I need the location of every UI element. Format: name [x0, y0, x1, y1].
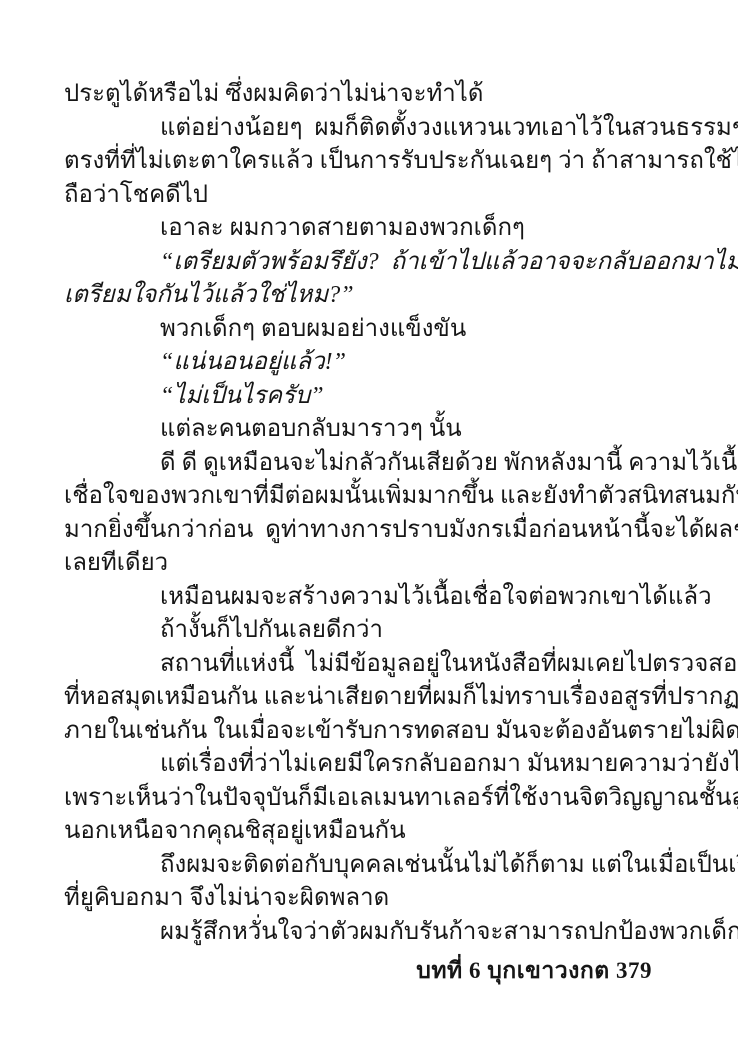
text-line: แต่เรื่องที่ว่าไม่เคยมีใครกลับออกมา มันห… — [64, 748, 660, 782]
body-text: ประตูได้หรือไม่ ซึ่งผมคิดว่าไม่น่าจะทำได… — [64, 78, 660, 949]
text-line: ภายในเช่นกัน ในเมื่อจะเข้ารับการทดสอบ มั… — [64, 715, 660, 749]
text-line: เหมือนผมจะสร้างความไว้เนื้อเชื่อใจต่อพวก… — [64, 581, 660, 615]
text-line: แต่อย่างน้อยๆ ผมก็ติดตั้งวงแหวนเวทเอาไว้… — [64, 112, 660, 146]
text-line: เชื่อใจของพวกเขาที่มีต่อผมนั้นเพิ่มมากขึ… — [64, 480, 660, 514]
text-line: ผมรู้สึกหวั่นใจว่าตัวผมกับรันก้าจะสามารถ… — [64, 916, 660, 950]
chapter-page-label: บทที่ 6 บุกเขาวงกต 379 — [416, 958, 652, 983]
text-line: “ไม่เป็นไรครับ” — [64, 380, 660, 414]
text-line: เตรียมใจกันไว้แล้วใช่ไหม?” — [64, 279, 660, 313]
text-line: “เตรียมตัวพร้อมรึยัง? ถ้าเข้าไปแล้วอาจจะ… — [64, 246, 660, 280]
text-line: มากยิ่งขึ้นกว่าก่อน ดูท่าทางการปราบมังกร… — [64, 514, 660, 548]
text-line: ที่ยูคิบอกมา จึงไม่น่าจะผิดพลาด — [64, 882, 660, 916]
text-line: ประตูได้หรือไม่ ซึ่งผมคิดว่าไม่น่าจะทำได… — [64, 78, 660, 112]
text-line: พวกเด็กๆ ตอบผมอย่างแข็งขัน — [64, 313, 660, 347]
text-line: ถ้างั้นก็ไปกันเลยดีกว่า — [64, 614, 660, 648]
text-line: ตรงที่ที่ไม่เตะตาใครแล้ว เป็นการรับประกั… — [64, 145, 660, 179]
text-line: สถานที่แห่งนี้ ไม่มีข้อมูลอยู่ในหนังสือท… — [64, 648, 660, 682]
text-line: “แน่นอนอยู่แล้ว!” — [64, 346, 660, 380]
text-line: เลยทีเดียว — [64, 547, 660, 581]
text-line: ถือว่าโชคดีไป — [64, 179, 660, 213]
text-line: ดี ดี ดูเหมือนจะไม่กลัวกันเสียด้วย พักหล… — [64, 447, 660, 481]
text-line: เอาละ ผมกวาดสายตามองพวกเด็กๆ — [64, 212, 660, 246]
page-footer: บทที่ 6 บุกเขาวงกต 379 — [64, 953, 652, 989]
book-page: ประตูได้หรือไม่ ซึ่งผมคิดว่าไม่น่าจะทำได… — [0, 0, 738, 1051]
text-line: เพราะเห็นว่าในปัจจุบันก็มีเอเลเมนทาเลอร์… — [64, 782, 660, 816]
text-line: ถึงผมจะติดต่อกับบุคคลเช่นนั้นไม่ได้ก็ตาม… — [64, 849, 660, 883]
text-line: แต่ละคนตอบกลับมาราวๆ นั้น — [64, 413, 660, 447]
text-line: ที่หอสมุดเหมือนกัน และน่าเสียดายที่ผมก็ไ… — [64, 681, 660, 715]
text-line: นอกเหนือจากคุณชิสุอยู่เหมือนกัน — [64, 815, 660, 849]
